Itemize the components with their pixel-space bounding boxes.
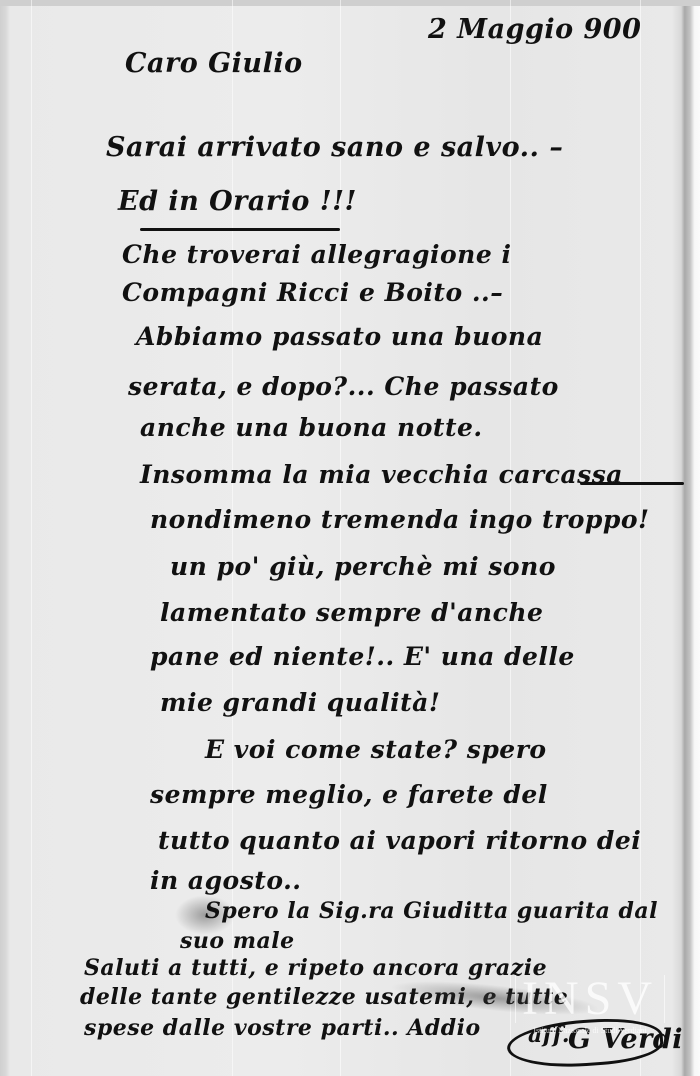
letter-line: Saluti a tutti, e ripeto ancora grazie xyxy=(84,955,547,981)
letter-line: suo male xyxy=(180,928,295,954)
letter-line: lamentato sempre d'anche xyxy=(160,598,543,627)
letter-line: sempre meglio, e farete del xyxy=(150,780,548,809)
letter-line: pane ed niente!.. E' una delle xyxy=(150,642,575,671)
underline-stroke xyxy=(580,482,684,485)
letter-line: Sarai arrivato sano e salvo.. – xyxy=(106,132,563,163)
letter-line: Spero la Sig.ra Giuditta guarita dal xyxy=(205,898,658,924)
letter-line: un po' giù, perchè mi sono xyxy=(170,552,556,581)
letter-line: Compagni Ricci e Boito ..– xyxy=(122,278,503,307)
letter-line: Ed in Orario !!! xyxy=(118,186,357,217)
letter-line: Che troverai allegragione i xyxy=(122,240,511,269)
letter-line: in agosto.. xyxy=(150,866,302,895)
letter-salutation: Caro Giulio xyxy=(125,48,303,79)
letter-line: tutto quanto ai vapori ritorno dei xyxy=(158,826,641,855)
paper-crease xyxy=(31,0,32,1076)
signature-closing: aff. xyxy=(528,1022,570,1048)
letter-line: spese dalle vostre parti.. Addio xyxy=(84,1015,481,1041)
letter-line: serata, e dopo?... Che passato xyxy=(128,372,559,401)
letter-line: Insomma la mia vecchia carcassa xyxy=(140,460,623,489)
signature: G Verdi xyxy=(568,1024,683,1055)
letter-line: nondimeno tremenda ingo troppo! xyxy=(150,505,650,534)
underline-stroke xyxy=(140,228,340,231)
letter-line: Abbiamo passato una buona xyxy=(136,322,543,351)
letter-line: anche una buona notte. xyxy=(140,413,483,442)
scanned-letter-page: 2 Maggio 900 Caro Giulio Sarai arrivato … xyxy=(0,0,700,1076)
letter-line: mie grandi qualità! xyxy=(160,688,440,717)
letter-line: E voi come state? spero xyxy=(205,735,547,764)
letter-date: 2 Maggio 900 xyxy=(428,14,641,45)
